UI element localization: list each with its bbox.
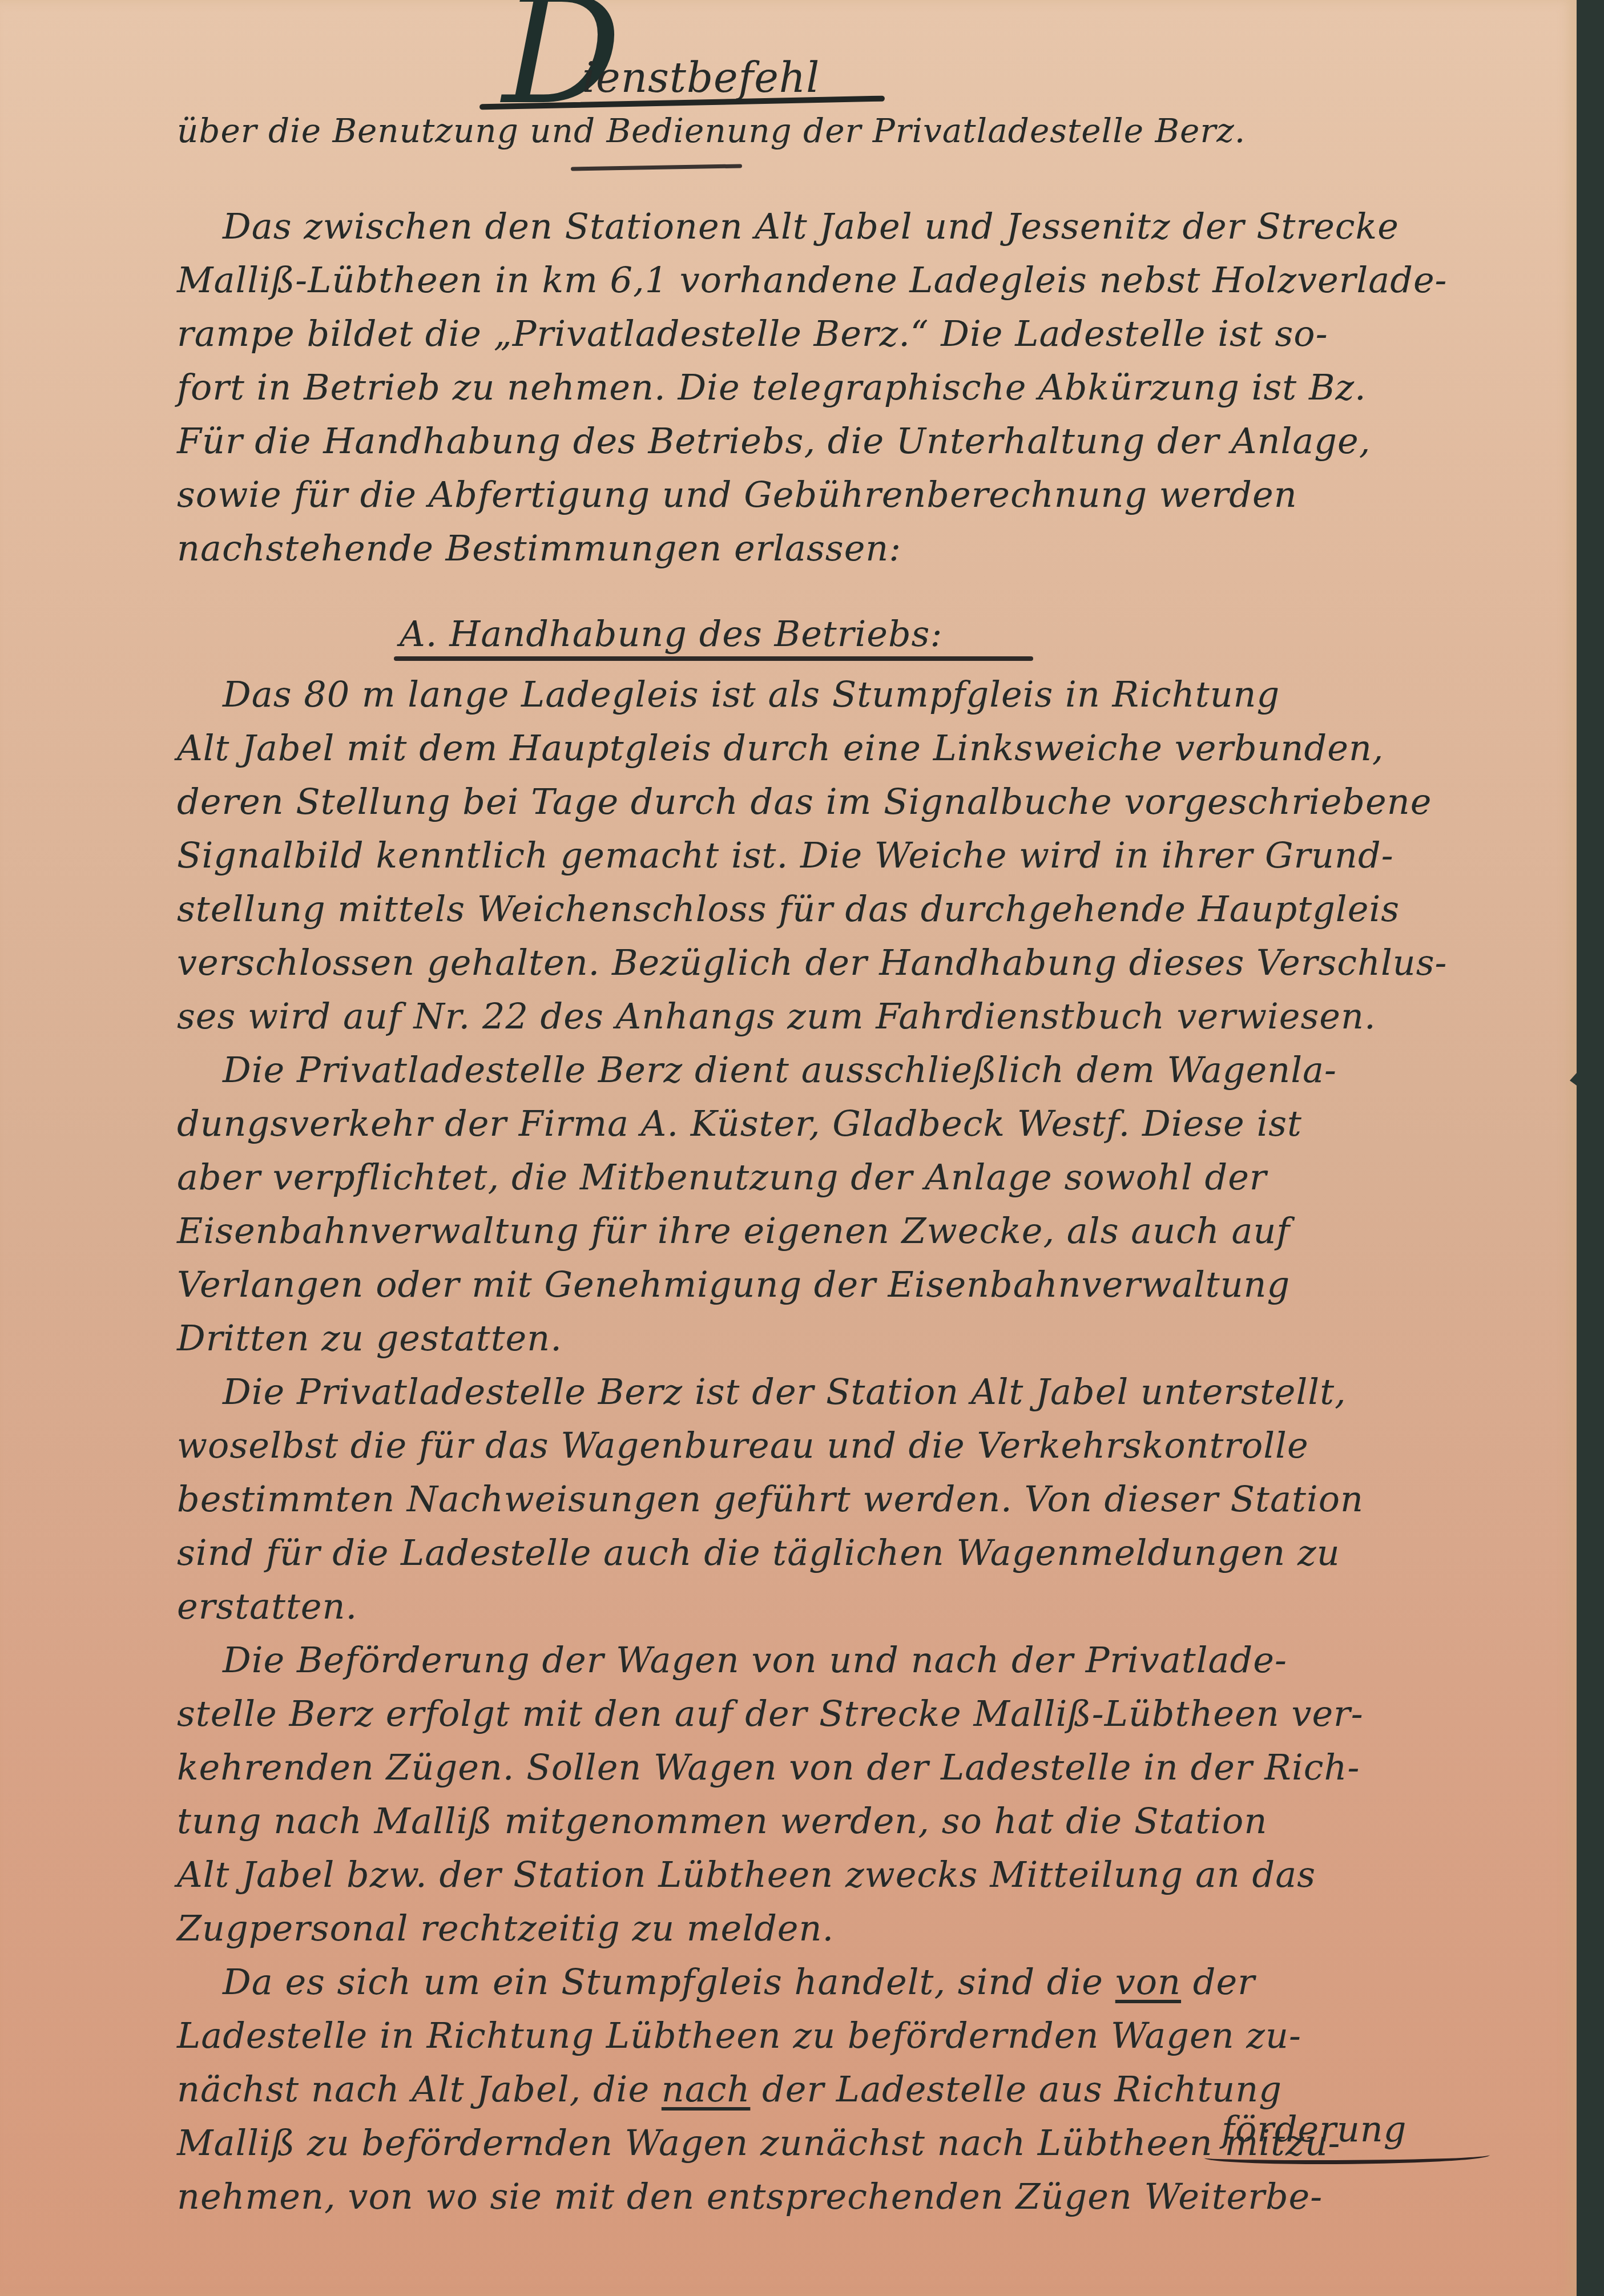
- text-line: Zugpersonal rechtzeitig zu melden.: [177, 1902, 1524, 1955]
- text-line: Alt Jabel mit dem Hauptgleis durch eine …: [177, 721, 1524, 775]
- text-line: fort in Betrieb zu nehmen. Die telegraph…: [177, 361, 1524, 414]
- text-line: bestimmten Nachweisungen geführt werden.…: [177, 1472, 1524, 1526]
- text-line: Für die Handhabung des Betriebs, die Unt…: [177, 414, 1524, 468]
- text-line: dungsverkehr der Firma A. Küster, Gladbe…: [177, 1097, 1524, 1151]
- text-line: aber verpflichtet, die Mitbenutzung der …: [177, 1151, 1524, 1204]
- text-line: Die Privatladestelle Berz dient ausschli…: [177, 1043, 1524, 1097]
- text-line: Ladestelle in Richtung Lübtheen zu beför…: [177, 2009, 1524, 2063]
- text-line: Da es sich um ein Stumpfgleis handelt, s…: [177, 1955, 1524, 2009]
- text-line: rampe bildet die „Privatladestelle Berz.…: [177, 307, 1524, 361]
- document-page: D ienstbefehl über die Benutzung und Bed…: [0, 0, 1577, 2296]
- text-line: Alt Jabel bzw. der Station Lübtheen zwec…: [177, 1848, 1524, 1902]
- text-line: kehrenden Zügen. Sollen Wagen von der La…: [177, 1741, 1524, 1794]
- text-line: tung nach Malliß mitgenommen werden, so …: [177, 1794, 1524, 1848]
- text-line: sowie für die Abfertigung und Gebührenbe…: [177, 468, 1524, 522]
- text-line: verschlossen gehalten. Bezüglich der Han…: [177, 936, 1524, 990]
- section-a-body: Das 80 m lange Ladegleis ist als Stumpfg…: [177, 668, 1524, 2224]
- text-line: Die Privatladestelle Berz ist der Statio…: [177, 1365, 1524, 1419]
- text-line: Dritten zu gestatten.: [177, 1312, 1524, 1365]
- text-line: Das zwischen den Stationen Alt Jabel und…: [177, 200, 1524, 253]
- text-line: Signalbild kenntlich gemacht ist. Die We…: [177, 829, 1524, 882]
- text-fragment: der Ladestelle aus Richtung: [750, 2068, 1281, 2110]
- text-line: sind für die Ladestelle auch die täglich…: [177, 1526, 1524, 1580]
- underlined-word: von: [1115, 1961, 1181, 2003]
- catchword-next-page: förderung: [1222, 2112, 1406, 2147]
- text-fragment: nächst nach Alt Jabel, die: [177, 2068, 662, 2110]
- text-line: deren Stellung bei Tage durch das im Sig…: [177, 775, 1524, 829]
- subtitle: über die Benutzung und Bedienung der Pri…: [177, 114, 1246, 147]
- page-title: ienstbefehl: [582, 57, 820, 98]
- underlined-word: nach: [662, 2068, 751, 2110]
- text-line: Malliß-Lübtheen in km 6,1 vorhandene Lad…: [177, 253, 1524, 307]
- section-heading: A. Handhabung des Betriebs:: [400, 616, 942, 652]
- text-line: woselbst die für das Wagenbureau und die…: [177, 1419, 1524, 1472]
- text-line: Verlangen oder mit Genehmigung der Eisen…: [177, 1258, 1524, 1312]
- intro-paragraph: Das zwischen den Stationen Alt Jabel und…: [177, 200, 1524, 575]
- text-fragment: Da es sich um ein Stumpfgleis handelt, s…: [223, 1961, 1115, 2003]
- section-underline: [394, 656, 1033, 661]
- text-line: stelle Berz erfolgt mit den auf der Stre…: [177, 1687, 1524, 1741]
- text-line: nachstehende Bestimmungen erlassen:: [177, 522, 1524, 575]
- text-line: Das 80 m lange Ladegleis ist als Stumpfg…: [177, 668, 1524, 721]
- text-line: ses wird auf Nr. 22 des Anhangs zum Fahr…: [177, 990, 1524, 1043]
- title-block: D ienstbefehl: [468, 0, 890, 114]
- text-fragment: der: [1181, 1961, 1255, 2003]
- text-line: Eisenbahnverwaltung für ihre eigenen Zwe…: [177, 1204, 1524, 1258]
- subtitle-rule: [571, 164, 742, 171]
- text-line: stellung mittels Weichenschloss für das …: [177, 882, 1524, 936]
- text-line: nehmen, von wo sie mit den entsprechende…: [177, 2170, 1524, 2224]
- text-line: Die Beförderung der Wagen von und nach d…: [177, 1633, 1524, 1687]
- text-line: erstatten.: [177, 1580, 1524, 1633]
